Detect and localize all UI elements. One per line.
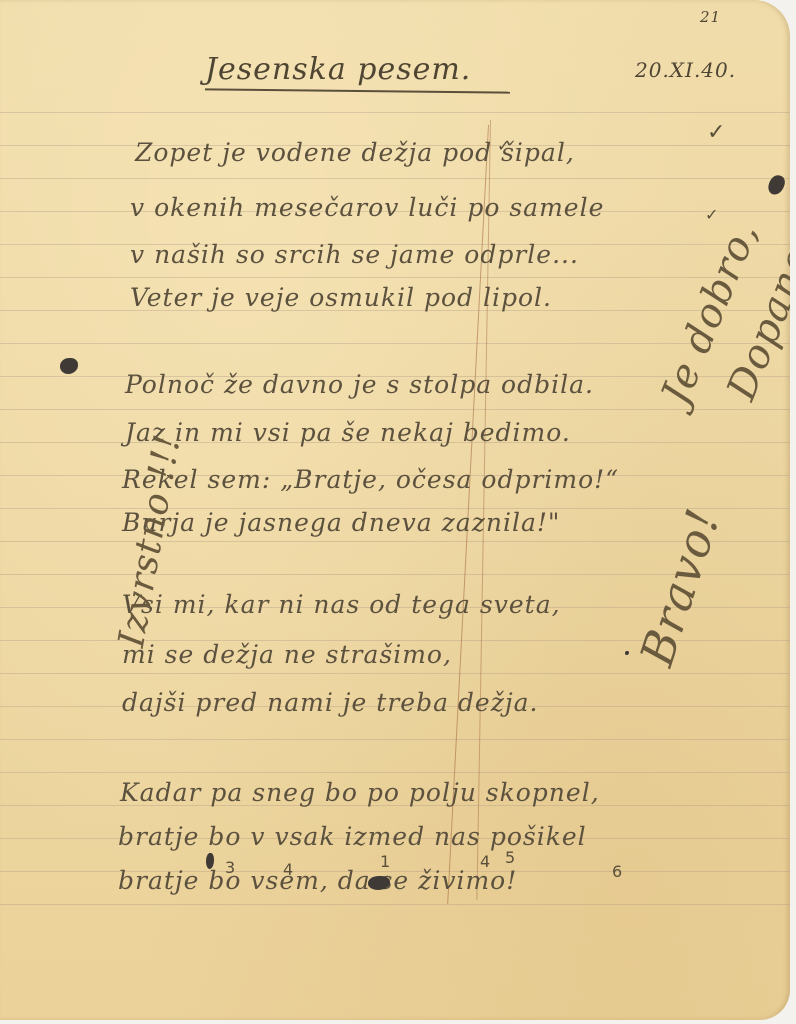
poem-line: Rekel sem: „Bratje, očesa odprimo!“ [122,465,619,494]
poem-line: Burja je jasnega dneva zaznila!" [122,508,560,537]
ruled-line [0,772,790,773]
check-mark-icon: ✓ [705,205,718,224]
poem-line: v okenih mesečarov luči po samele [130,193,604,222]
ruled-line [0,112,790,113]
annotation-number: 4 [480,852,490,871]
ruled-line [0,277,790,278]
ruled-line [0,178,790,179]
page-number: 21 [700,8,721,26]
annotation-number: 1 [380,852,390,871]
date: 20.XI.40. [635,58,736,82]
check-mark-icon: ✓ [707,120,725,145]
title-underline [205,88,510,93]
poem-line: bratje bo vsem, da se živimo! [118,866,517,895]
annotation-number: 4 [283,860,293,879]
ink-blot [60,358,78,374]
poem-line: mi se dežja ne strašimo, [122,640,452,669]
poem-line: v naših so srcih se jame odprle... [130,240,579,269]
poem-line: bratje bo v vsak izmed nas pošikel [118,822,587,851]
poem-line: dajši pred nami je treba dežja. [122,688,539,717]
check-mark-icon: ✓ [497,136,510,155]
poem-line: Vsi mi, kar ni nas od tega sveta, [122,590,561,619]
annotation-number: 3 [225,858,235,877]
annotation-number: 6 [612,862,622,881]
poem-title: Jesenska pesem. [205,52,471,87]
poem-line: Kadar pa sneg bo po polju skopnel, [120,778,600,807]
annotation-number: 5 [505,848,515,867]
manuscript-page: 21 20.XI.40. Jesenska pesem. Zopet je vo… [0,0,790,1020]
ruled-line [0,904,790,905]
poem-line: Jaz in mi vsi pa še nekaj bedimo. [125,418,571,447]
poem-line: Veter je veje osmukil pod lipol. [130,283,552,312]
